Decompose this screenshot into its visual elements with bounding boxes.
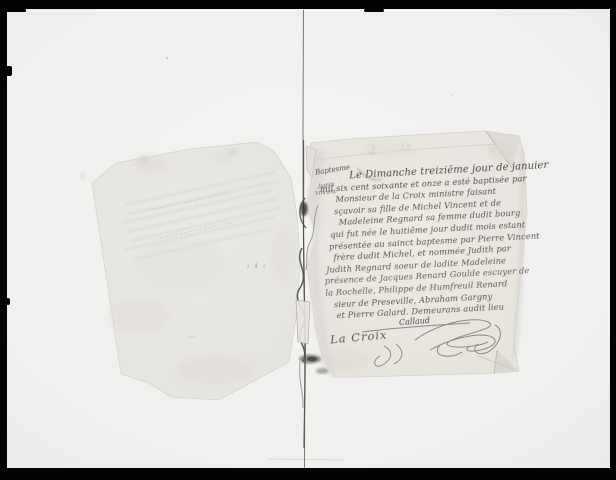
baptism-act-text: Le Dimanche treiziême jour de januier mi… [319, 161, 537, 323]
loose-paper-tab [296, 300, 310, 344]
stray-ink-marks: -·· [188, 334, 197, 341]
faint-folio-number: 13 [400, 143, 410, 152]
stray-ink-marks: : i : [247, 262, 268, 270]
microfilm-scan: Baptesme Judith Vincent 2 13 Le Dimanche… [0, 0, 616, 480]
gutter-smudge [316, 368, 328, 374]
binding-band-core [307, 357, 317, 362]
film-notch [6, 66, 12, 76]
